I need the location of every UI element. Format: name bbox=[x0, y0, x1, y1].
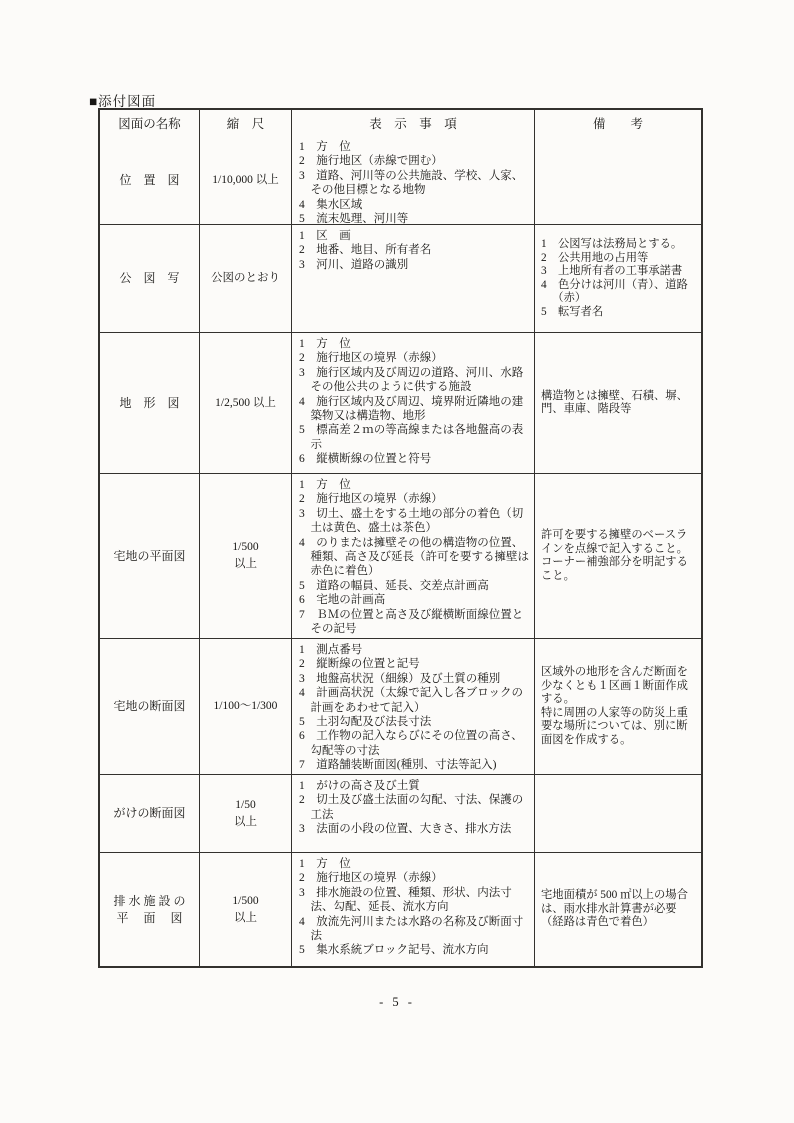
remark-item: 特に周囲の人家等の防災上重要な場所については、別に断面図を作成する。 bbox=[541, 707, 697, 748]
display-item: 5 標高差２ｍの等高線または各地盤高の表示 bbox=[299, 423, 530, 452]
document-page: ■添付図面 図面の名称 縮 尺 表 示 事 項 備 考 位 置 図1/10,00… bbox=[0, 0, 794, 1123]
scale-cell: 1/50 以上 bbox=[200, 775, 292, 852]
display-item: 6 工作物の記入ならびにその位置の高さ、勾配等の寸法 bbox=[299, 729, 530, 758]
display-item: 1 方 位 bbox=[299, 478, 530, 492]
header-display-items: 表 示 事 項 bbox=[292, 110, 535, 136]
display-item: 3 法面の小段の位置、大きさ、排水方法 bbox=[299, 822, 530, 836]
header-scale: 縮 尺 bbox=[200, 110, 292, 136]
drawing-name-cell: 公 図 写 bbox=[100, 225, 200, 332]
header-remarks: 備 考 bbox=[535, 110, 701, 136]
display-item: 4 集水区域 bbox=[299, 198, 530, 212]
display-item: 4 施行区域内及び周辺、境界附近隣地の建築物又は構造物、地形 bbox=[299, 395, 530, 424]
remarks-cell bbox=[535, 136, 701, 224]
display-items-cell: 1 方 位2 施行地区の境界（赤線）3 切土、盛土をする土地の部分の着色（切土は… bbox=[292, 474, 535, 638]
remark-item: 1 公図写は法務局とする。 bbox=[541, 238, 697, 252]
scale-cell: 公図のとおり bbox=[200, 225, 292, 332]
display-item: 5 流末処理、河川等 bbox=[299, 212, 530, 224]
table-row: がけの断面図1/50 以上1 がけの高さ及び土質2 切土及び盛土法面の勾配、寸法… bbox=[100, 774, 701, 852]
remark-item: 5 転写者名 bbox=[541, 306, 697, 320]
display-item: 2 切土及び盛土法面の勾配、寸法、保護の工法 bbox=[299, 793, 530, 822]
remarks-cell: 宅地面積が 500 ㎡以上の場合は、雨水排水計算書が必要（経路は青色で着色） bbox=[535, 853, 701, 966]
header-drawing-name: 図面の名称 bbox=[100, 110, 200, 136]
table-row: 宅地の断面図1/100～1/3001 測点番号2 縦断線の位置と記号3 地盤高状… bbox=[100, 638, 701, 774]
display-item: 7 道路舗装断面図(種別、寸法等記入) bbox=[299, 758, 530, 772]
display-item: 1 区 画 bbox=[299, 229, 530, 243]
display-item: 2 施行地区の境界（赤線） bbox=[299, 351, 530, 365]
display-item: 5 道路の幅員、延長、交差点計画高 bbox=[299, 579, 530, 593]
remark-item: 3 上地所有者の工事承諾書 bbox=[541, 265, 697, 279]
display-item: 3 地盤高状況（細線）及び土質の種別 bbox=[299, 672, 530, 686]
remarks-cell: 構造物とは擁壁、石積、塀、門、車庫、階段等 bbox=[535, 333, 701, 473]
table-row: 宅地の平面図1/500 以上1 方 位2 施行地区の境界（赤線）3 切土、盛土を… bbox=[100, 473, 701, 638]
display-items-cell: 1 区 画2 地番、地目、所有者名3 河川、道路の識別 bbox=[292, 225, 535, 332]
table-row: 公 図 写公図のとおり1 区 画2 地番、地目、所有者名3 河川、道路の識別1 … bbox=[100, 224, 701, 332]
remarks-cell bbox=[535, 775, 701, 852]
display-item: 1 方 位 bbox=[299, 857, 530, 871]
drawing-name-cell: 地 形 図 bbox=[100, 333, 200, 473]
display-items-cell: 1 方 位2 施行地区（赤線で囲む）3 道路、河川等の公共施設、学校、人家、その… bbox=[292, 136, 535, 224]
drawing-name-cell: 位 置 図 bbox=[100, 136, 200, 224]
remarks-cell: 区域外の地形を含んだ断面を少なくとも１区画１断面作成する。特に周囲の人家等の防災… bbox=[535, 639, 701, 774]
display-item: 7 ＢＭの位置と高さ及び縦横断面線位置とその記号 bbox=[299, 608, 530, 637]
display-item: 6 縦横断線の位置と符号 bbox=[299, 452, 530, 466]
scale-cell: 1/500 以上 bbox=[200, 853, 292, 966]
display-item: 6 宅地の計画高 bbox=[299, 593, 530, 607]
attachments-table: 図面の名称 縮 尺 表 示 事 項 備 考 位 置 図1/10,000 以上1 … bbox=[98, 108, 703, 968]
display-items-cell: 1 測点番号2 縦断線の位置と記号3 地盤高状況（細線）及び土質の種別4 計画高… bbox=[292, 639, 535, 774]
remark-item: 2 公共用地の占用等 bbox=[541, 252, 697, 266]
scale-cell: 1/10,000 以上 bbox=[200, 136, 292, 224]
table-body: 位 置 図1/10,000 以上1 方 位2 施行地区（赤線で囲む）3 道路、河… bbox=[100, 136, 701, 966]
display-item: 1 測点番号 bbox=[299, 643, 530, 657]
scale-cell: 1/2,500 以上 bbox=[200, 333, 292, 473]
display-item: 1 方 位 bbox=[299, 337, 530, 351]
remark-item: 区域外の地形を含んだ断面を少なくとも１区画１断面作成する。 bbox=[541, 666, 697, 707]
display-items-cell: 1 方 位2 施行地区の境界（赤線）3 施行区域内及び周辺の道路、河川、水路その… bbox=[292, 333, 535, 473]
display-item: 4 計画高状況（太線で記入し各ブロックの計画をあわせて記入） bbox=[299, 686, 530, 715]
remark-item: 構造物とは擁壁、石積、塀、門、車庫、階段等 bbox=[541, 390, 697, 417]
table-row: 地 形 図1/2,500 以上1 方 位2 施行地区の境界（赤線）3 施行区域内… bbox=[100, 332, 701, 473]
display-items-cell: 1 がけの高さ及び土質2 切土及び盛土法面の勾配、寸法、保護の工法3 法面の小段… bbox=[292, 775, 535, 852]
remark-item: 宅地面積が 500 ㎡以上の場合は、雨水排水計算書が必要（経路は青色で着色） bbox=[541, 889, 697, 930]
document-title: ■添付図面 bbox=[89, 90, 156, 110]
table-row: 位 置 図1/10,000 以上1 方 位2 施行地区（赤線で囲む）3 道路、河… bbox=[100, 136, 701, 224]
remarks-cell: 1 公図写は法務局とする。2 公共用地の占用等3 上地所有者の工事承諾書4 色分… bbox=[535, 225, 701, 332]
remark-item: コーナー補強部分を明記すること。 bbox=[541, 556, 697, 583]
drawing-name-cell: 宅地の断面図 bbox=[100, 639, 200, 774]
display-items-cell: 1 方 位2 施行地区の境界（赤線）3 排水施設の位置、種類、形状、内法寸法、勾… bbox=[292, 853, 535, 966]
display-item: 3 切土、盛土をする土地の部分の着色（切土は黄色、盛土は茶色） bbox=[299, 507, 530, 536]
drawing-name-cell: がけの断面図 bbox=[100, 775, 200, 852]
display-item: 1 がけの高さ及び土質 bbox=[299, 779, 530, 793]
display-item: 2 地番、地目、所有者名 bbox=[299, 243, 530, 257]
table-header-row: 図面の名称 縮 尺 表 示 事 項 備 考 bbox=[100, 110, 701, 136]
scale-cell: 1/100～1/300 bbox=[200, 639, 292, 774]
display-item: 3 施行区域内及び周辺の道路、河川、水路その他公共のように供する施設 bbox=[299, 366, 530, 395]
display-item: 5 集水系統ブロック記号、流水方向 bbox=[299, 943, 530, 957]
remark-item: 許可を要する擁壁のベースラインを点線で記入すること。 bbox=[541, 529, 697, 556]
display-item: 2 施行地区（赤線で囲む） bbox=[299, 154, 530, 168]
drawing-name-cell: 宅地の平面図 bbox=[100, 474, 200, 638]
scale-cell: 1/500 以上 bbox=[200, 474, 292, 638]
page-number: - 5 - bbox=[0, 995, 794, 1010]
display-item: 4 のりまたは擁壁その他の構造物の位置、種類、高さ及び延長（許可を要する擁壁は赤… bbox=[299, 536, 530, 579]
display-item: 3 排水施設の位置、種類、形状、内法寸法、勾配、延長、流水方向 bbox=[299, 886, 530, 915]
remark-item: 4 色分けは河川（青）、道路（赤） bbox=[541, 279, 697, 306]
display-item: 3 道路、河川等の公共施設、学校、人家、その他目標となる地物 bbox=[299, 169, 530, 198]
display-item: 3 河川、道路の識別 bbox=[299, 258, 530, 272]
table-row: 排 水 施 設 の 平 面 図1/500 以上1 方 位2 施行地区の境界（赤線… bbox=[100, 852, 701, 966]
display-item: 4 放流先河川または水路の名称及び断面寸法 bbox=[299, 915, 530, 944]
display-item: 2 施行地区の境界（赤線） bbox=[299, 871, 530, 885]
display-item: 1 方 位 bbox=[299, 140, 530, 154]
display-item: 2 縦断線の位置と記号 bbox=[299, 657, 530, 671]
display-item: 2 施行地区の境界（赤線） bbox=[299, 492, 530, 506]
display-item: 5 土羽勾配及び法長寸法 bbox=[299, 715, 530, 729]
remarks-cell: 許可を要する擁壁のベースラインを点線で記入すること。コーナー補強部分を明記するこ… bbox=[535, 474, 701, 638]
drawing-name-cell: 排 水 施 設 の 平 面 図 bbox=[100, 853, 200, 966]
